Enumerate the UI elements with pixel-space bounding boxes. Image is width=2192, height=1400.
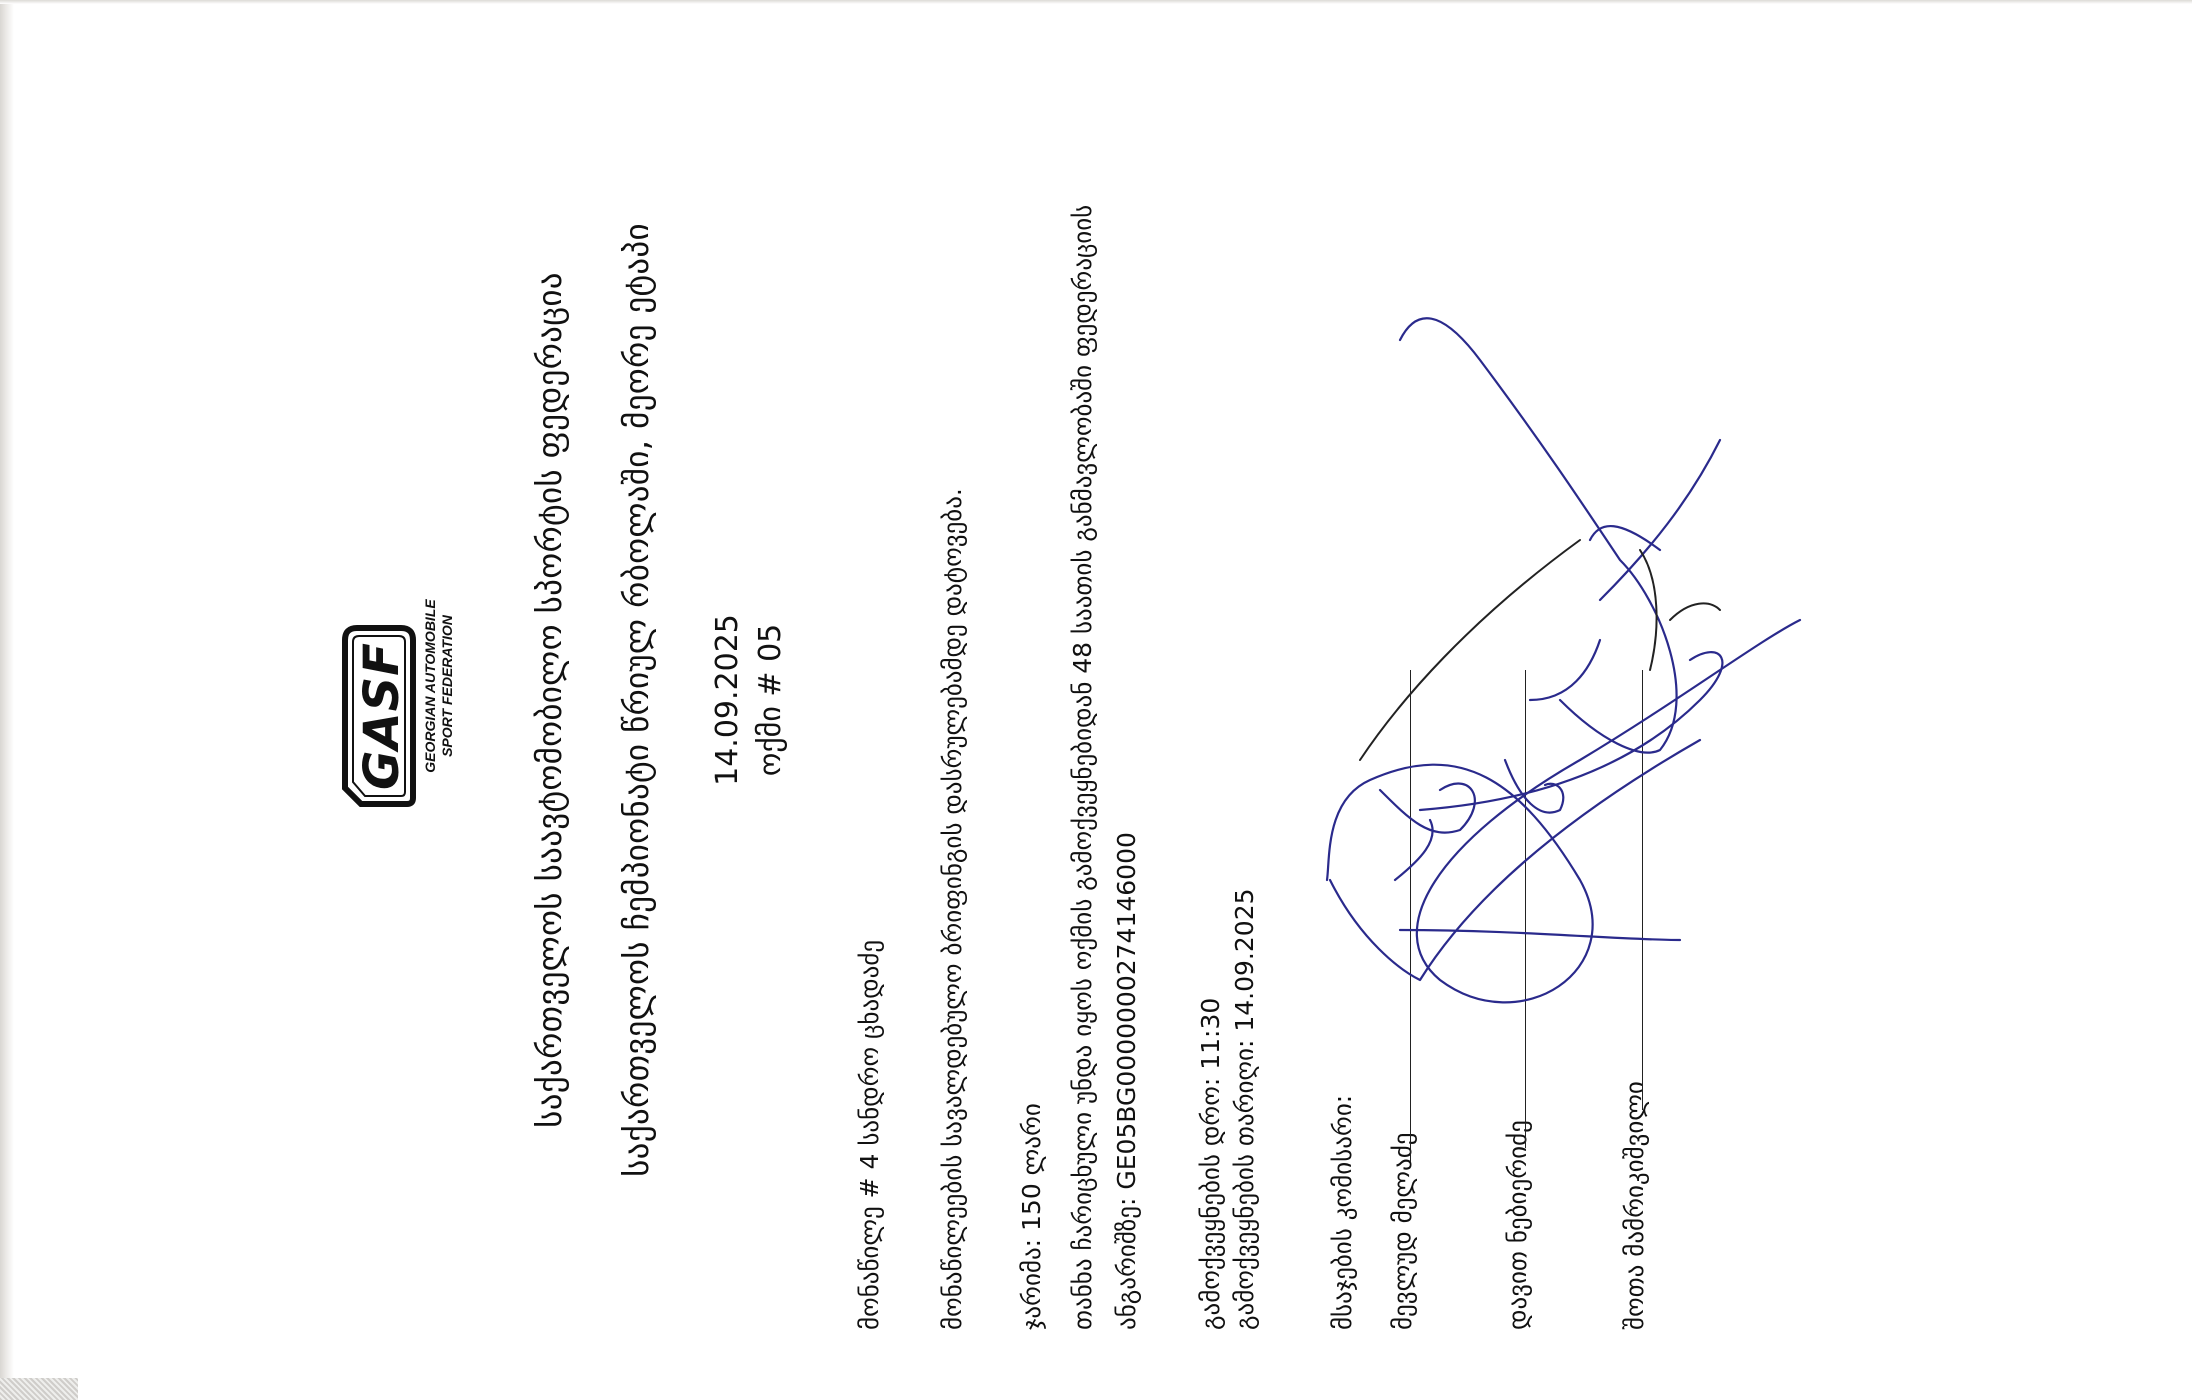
svg-text:SPORT FEDERATION: SPORT FEDERATION: [439, 614, 455, 757]
svg-text:GEORGIAN AUTOMOBILE: GEORGIAN AUTOMOBILE: [422, 599, 438, 773]
signature-line-1: [1410, 670, 1411, 1162]
signature-line-3: [1642, 670, 1643, 1110]
document-title: საქართველოს საავტომობილო სპორტის ფედერაც…: [530, 60, 569, 1340]
document-date: 14.09.2025: [710, 400, 745, 1000]
svg-text:GASF: GASF: [354, 642, 410, 790]
publication-time: გამოქვეყნების დრო: 11:30: [1196, 998, 1225, 1330]
gasf-logo-icon: GASF GEORGIAN AUTOMOBILE SPORT FEDERATIO…: [335, 595, 475, 810]
publication-date: გამოქვეყნების თარიღი: 14.09.2025: [1230, 888, 1259, 1330]
signature-line-2: [1525, 670, 1526, 1148]
payment-line-1: თანხა ჩარიცხული უნდა იყოს ოქმის გამოქვეყ…: [1068, 205, 1097, 1330]
document-page: GASF GEORGIAN AUTOMOBILE SPORT FEDERATIO…: [0, 0, 2192, 1400]
commission-member-2: დავით ნებიერიძე: [1503, 1120, 1532, 1330]
commission-member-3: შოთა მამრიკიშვილი: [1620, 1081, 1649, 1330]
commission-member-1: მევლუდ მელაძე: [1388, 1133, 1417, 1330]
gasf-logo: GASF GEORGIAN AUTOMOBILE SPORT FEDERATIO…: [335, 595, 475, 810]
participant-line: მონაწილე # 4 სანდრო ცხადაძე: [855, 940, 884, 1330]
payment-line-2: ანგარიშზე: GE05BG0000000274146000: [1112, 832, 1141, 1330]
document-subtitle: საქართველოს ჩემპიონატი წრიულ რბოლაში, მე…: [617, 60, 656, 1340]
violation-line: მონაწილეების სავალდებულო ბრიფინგის დასრუ…: [938, 488, 967, 1330]
fine-line: ჯარიმა: 150 ლარი: [1017, 1103, 1046, 1330]
protocol-number: ოქმი # 05: [753, 400, 788, 1000]
commission-heading: მსაჯების კომისარი:: [1328, 1095, 1357, 1330]
